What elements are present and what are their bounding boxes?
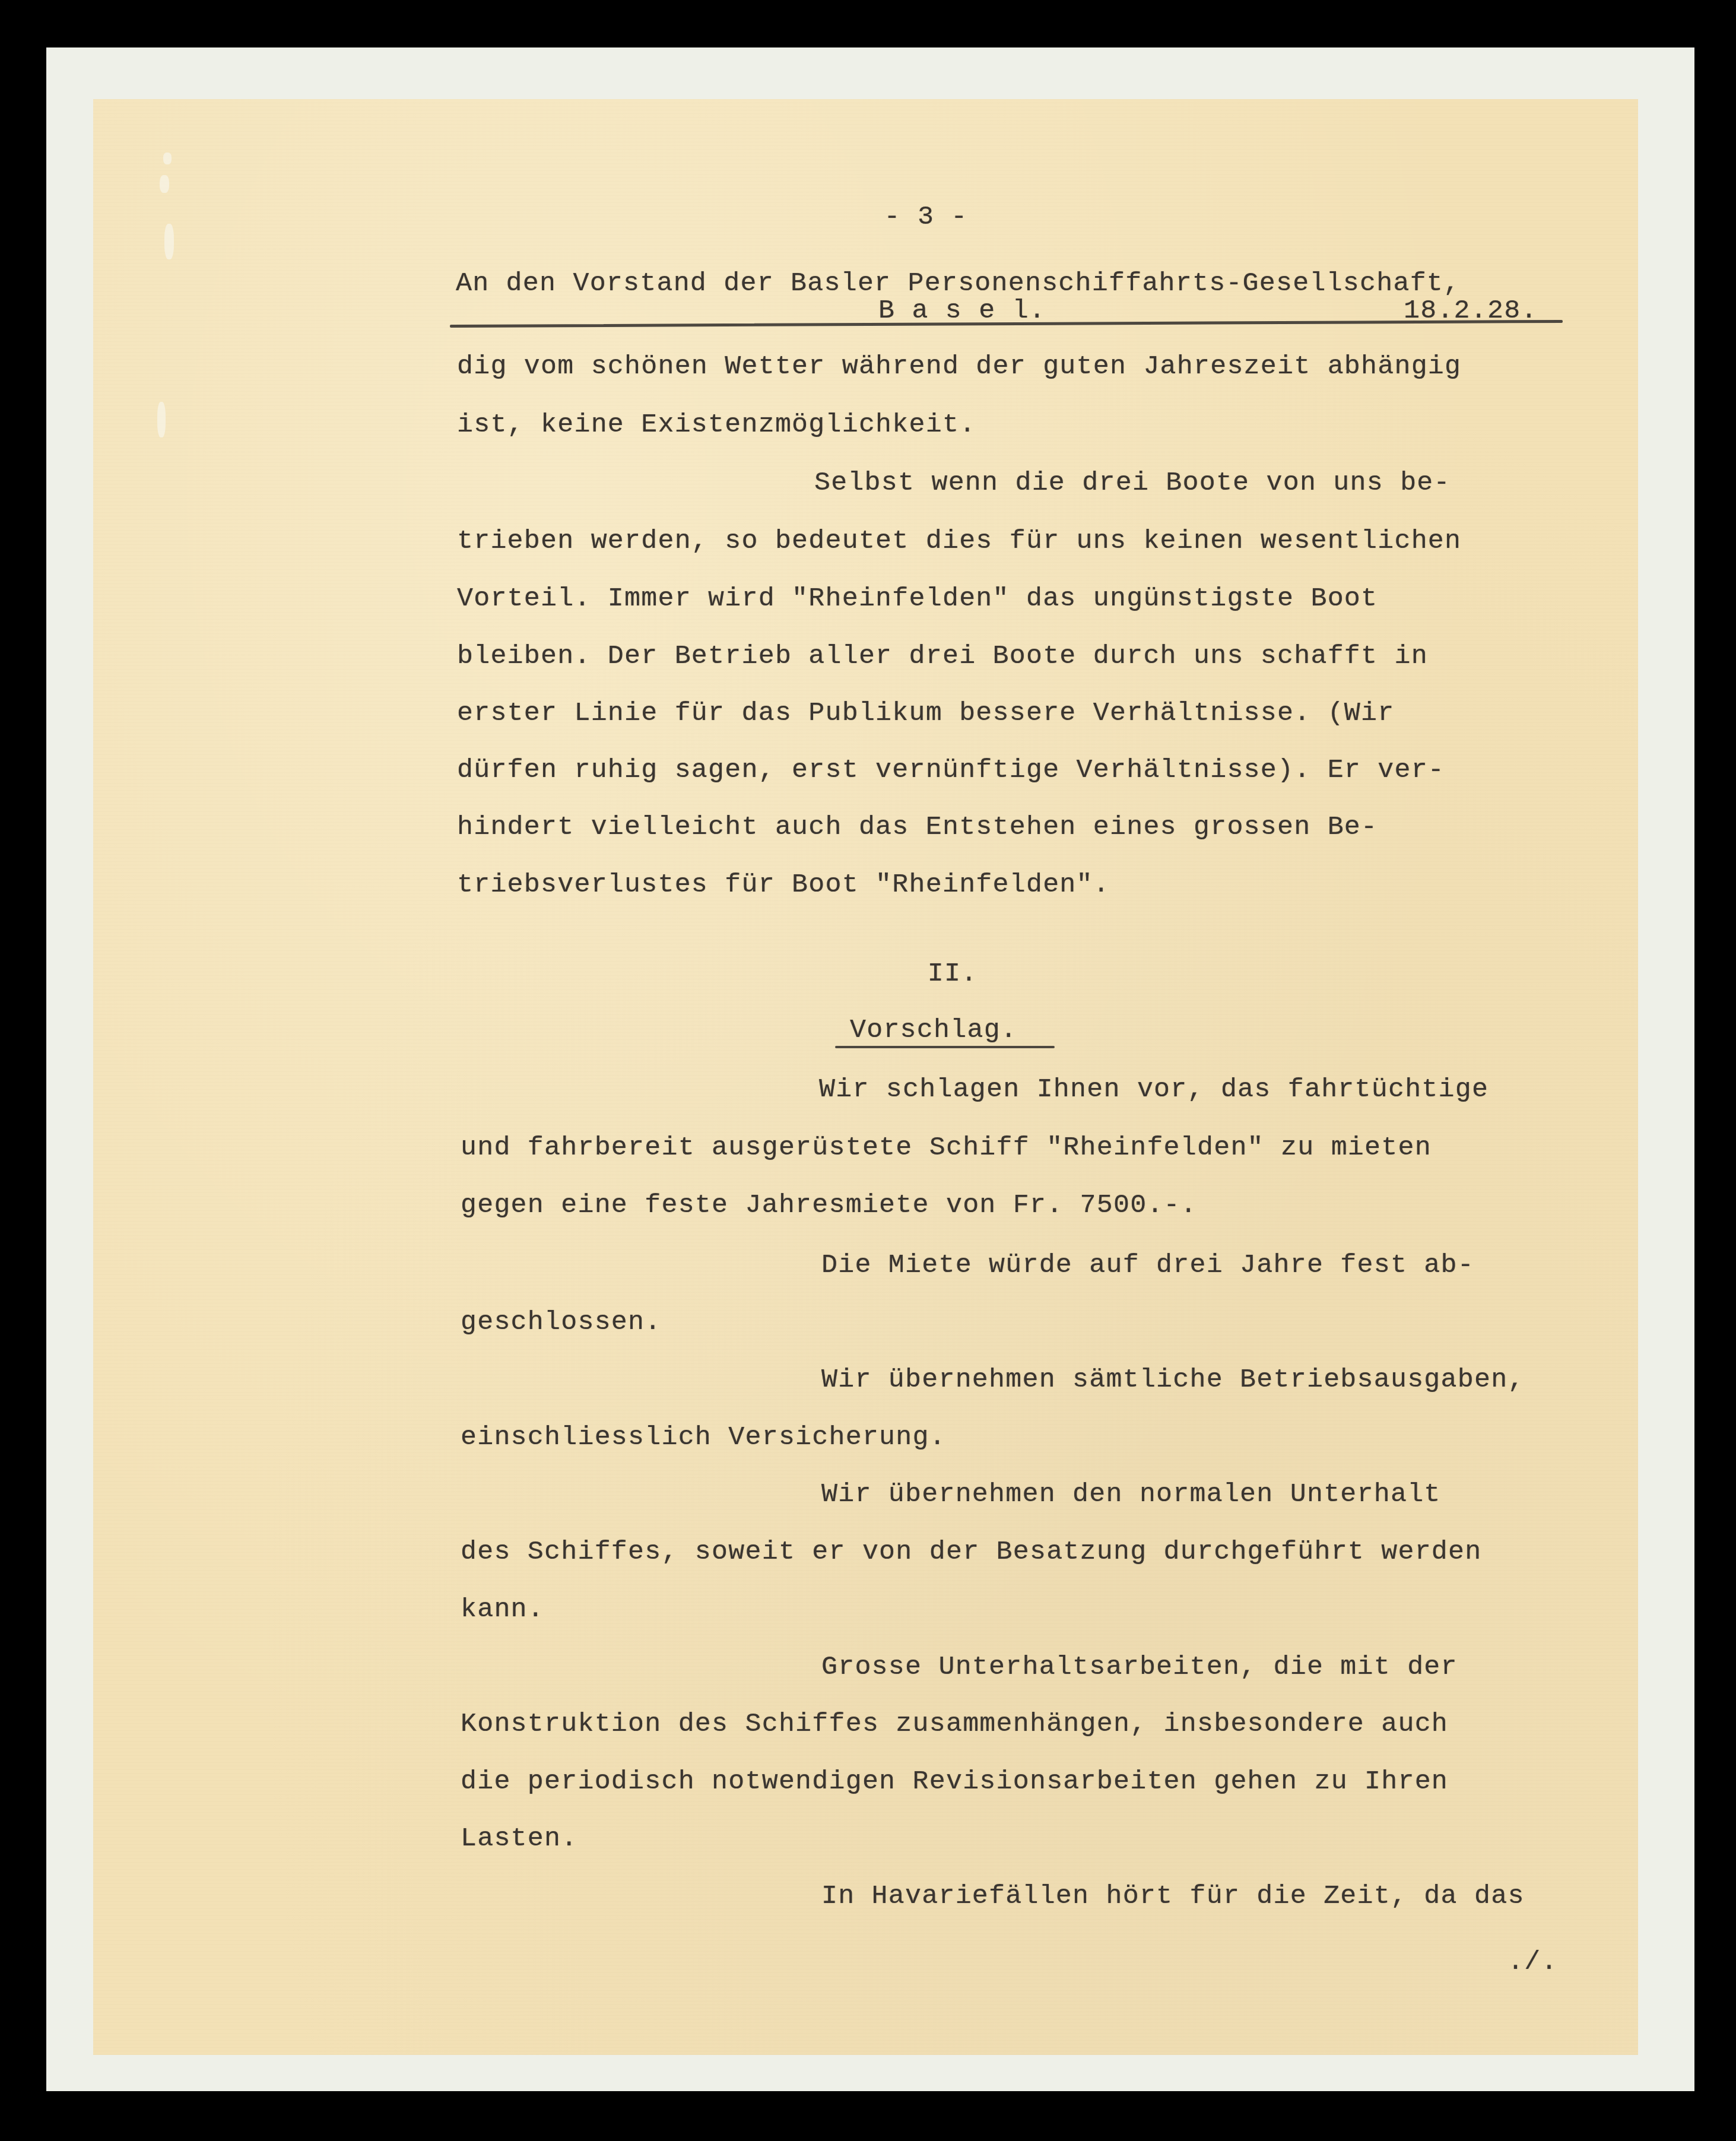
body-line: Die Miete würde auf drei Jahre fest ab- [821, 1249, 1474, 1282]
body-line: Wir übernehmen den normalen Unterhalt [821, 1478, 1441, 1511]
section-title-underline [835, 1046, 1055, 1048]
body-line: Lasten. [461, 1822, 577, 1855]
body-line: erster Linie für das Publikum bessere Ve… [457, 697, 1394, 730]
body-line: hindert vielleicht auch das Entstehen ei… [457, 811, 1378, 844]
page-number: - 3 - [884, 201, 967, 234]
continuation-mark: ./. [1508, 1946, 1558, 1979]
body-line: Selbst wenn die drei Boote von uns be- [814, 467, 1451, 500]
body-line: trieben werden, so bedeutet dies für uns… [457, 525, 1461, 558]
body-line: dig vom schönen Wetter während der guten… [457, 350, 1461, 383]
body-line: ist, keine Existenzmöglichkeit. [457, 408, 976, 442]
body-line: die periodisch notwendigen Revisionsarbe… [461, 1765, 1448, 1799]
body-line: kann. [461, 1593, 544, 1626]
body-line: Wir übernehmen sämtliche Betriebsausgabe… [821, 1363, 1525, 1397]
body-line: bleiben. Der Betrieb aller drei Boote du… [457, 640, 1428, 673]
body-line: gegen eine feste Jahresmiete von Fr. 750… [461, 1189, 1197, 1222]
body-line: Wir schlagen Ihnen vor, das fahrtüchtige [819, 1073, 1489, 1106]
body-line: des Schiffes, soweit er von der Besatzun… [461, 1536, 1481, 1569]
body-line: geschlossen. [461, 1306, 661, 1339]
paper-tear-mark [160, 175, 169, 193]
body-line: dürfen ruhig sagen, erst vernünftige Ver… [457, 754, 1445, 787]
paper-tear-mark [163, 153, 172, 164]
section-title: Vorschlag. [850, 1014, 1017, 1047]
body-line: und fahrbereit ausgerüstete Schiff "Rhei… [461, 1131, 1432, 1165]
section-number: II. [928, 957, 978, 991]
paper-tear-mark [164, 224, 174, 259]
body-line: Grosse Unterhaltsarbeiten, die mit der [821, 1651, 1458, 1684]
paper-tear-mark [157, 402, 166, 437]
body-line: einschliesslich Versicherung. [461, 1421, 946, 1454]
body-line: triebsverlustes für Boot "Rheinfelden". [457, 868, 1110, 902]
body-line: In Havariefällen hört für die Zeit, da d… [821, 1880, 1525, 1913]
body-line: Vorteil. Immer wird "Rheinfelden" das un… [457, 582, 1378, 616]
body-line: Konstruktion des Schiffes zusammenhängen… [461, 1708, 1448, 1741]
